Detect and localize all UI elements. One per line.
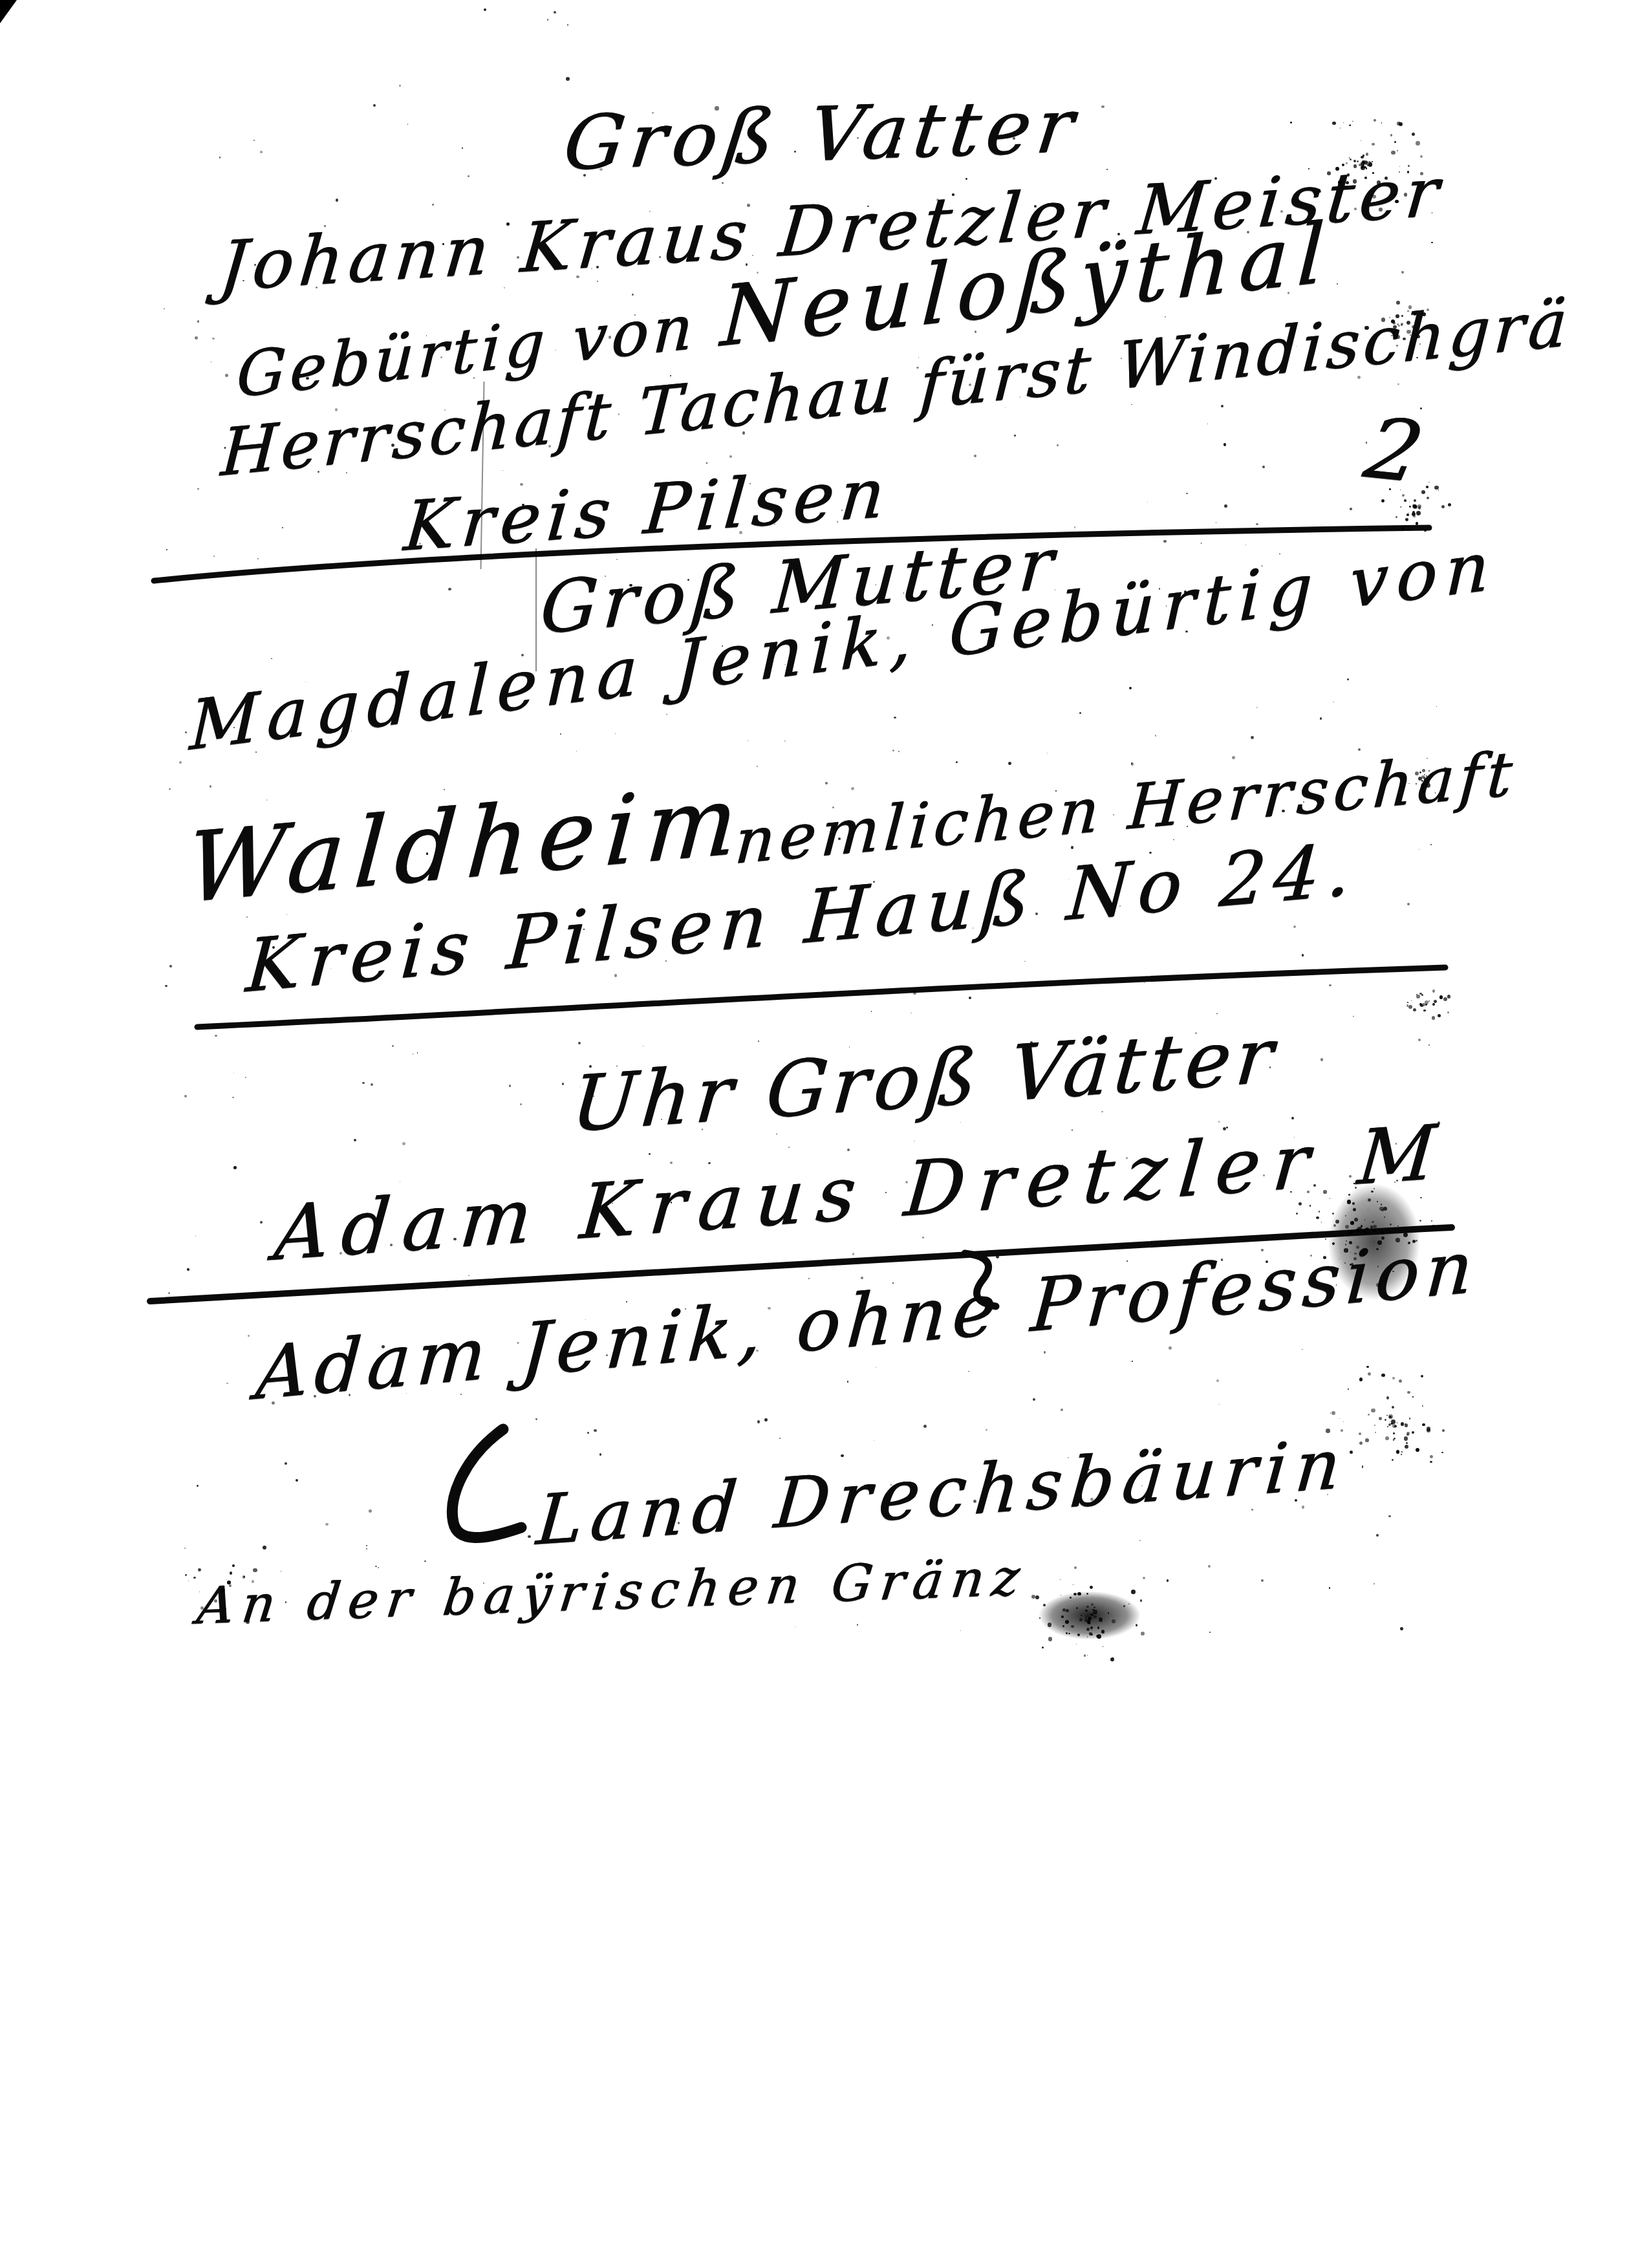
section-divider-3 [150, 1227, 1452, 1301]
scanned-document-page: { "page": { "paper_color": "#ffffff", "i… [0, 0, 1649, 2268]
ink-blot [1313, 1164, 1436, 1319]
paper-scan: Groß Vatter Johann Kraus Dretzler Meiste… [0, 0, 1649, 2268]
section-divider-1 [154, 528, 1429, 581]
ink-blot [1022, 1583, 1158, 1648]
paper-crease [535, 548, 537, 671]
section-divider-2 [197, 967, 1445, 1027]
ink-strokes [0, 0, 1649, 2268]
flourish-descender [452, 1429, 521, 1538]
flourish-z-tail [965, 1253, 996, 1306]
